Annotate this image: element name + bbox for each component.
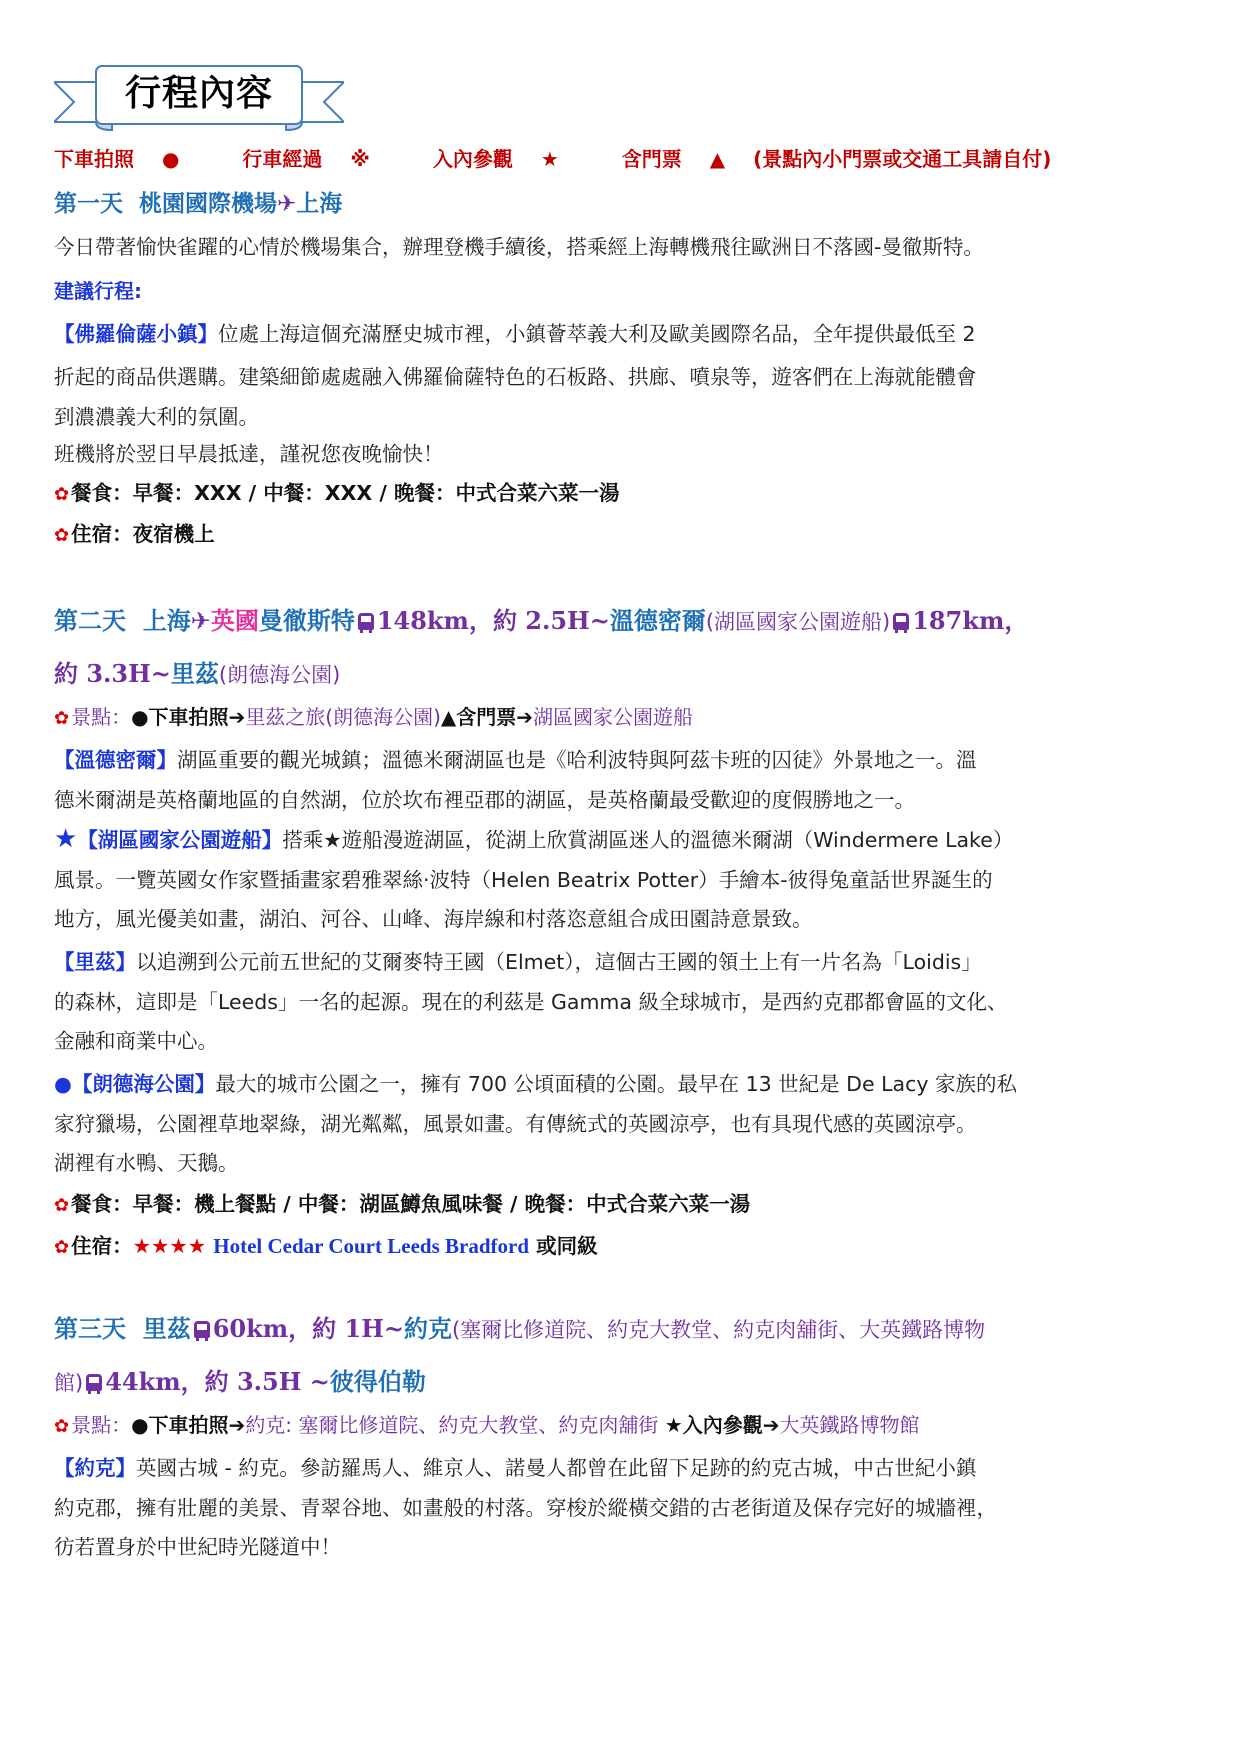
itinerary-page: 行程內容 下車拍照● 行車經過※ 入內參觀★ 含門票▲(景點內小門票或交通工具請… (54, 62, 1194, 1569)
flower-icon: ✿ (54, 525, 69, 546)
bus-icon (86, 1374, 102, 1391)
york-paragraph-line2: 約克郡，擁有壯麗的美景、青翠谷地、如畫般的村落。穿梭於縱橫交錯的古老街道及保存完… (54, 1490, 1194, 1526)
flower-icon: ✿ (54, 1237, 69, 1258)
day1-intro: 今日帶著愉快雀躍的心情於機場集合，辦理登機手續後，搭乘經上海轉機飛往歐洲日不落國… (54, 226, 1194, 269)
roundhay-park-paragraph-line2: 家狩獵場，公園裡草地翠綠，湖光粼粼，風景如畫。有傳統式的英國涼亭，也有具現代感的… (54, 1106, 1194, 1142)
hotel-name: Hotel Cedar Court Leeds Bradford (213, 1234, 529, 1258)
day1-arrival: 班機將於翌日早晨抵達，謹祝您夜晚愉快！ (54, 435, 1194, 473)
page-title: 行程內容 (112, 72, 286, 116)
york-paragraph-line3: 彷若置身於中世紀時光隧道中！ (54, 1526, 1194, 1569)
york-paragraph: 【約克】英國古城 - 約克。參訪羅馬人、維京人、諾曼人都曾在此留下足跡的約克古城… (54, 1447, 1194, 1490)
star-icon: ★ (54, 824, 77, 854)
florence-paragraph-line2: 折起的商品供選購。建築細節處處融入佛羅倫薩特色的石板路、拱廊、噴泉等，遊客們在上… (54, 356, 1194, 399)
day3-title: 第三天 里茲60km，約 1H~約克(塞爾比修道院、約克大教堂、約克肉舖街、大英… (54, 1307, 1194, 1352)
day2-title: 第二天 上海✈英國曼徹斯特148km，約 2.5H~溫德密爾(湖區國家公園遊船)… (54, 599, 1194, 644)
hotel-rating-stars: ★★★★ (133, 1234, 207, 1258)
leeds-paragraph: 【里茲】以追溯到公元前五世紀的艾爾麥特王國（Elmet），這個古王國的領土上有一… (54, 941, 1194, 984)
lake-cruise-paragraph-line2: 風景。一覽英國女作家暨插畫家碧雅翠絲·波特（Helen Beatrix Pott… (54, 862, 1194, 898)
florence-paragraph: 【佛羅倫薩小鎮】位處上海這個充滿歷史城市裡，小鎮薈萃義大利及歐美國際名品，全年提… (54, 313, 1194, 356)
bus-icon (358, 613, 374, 630)
day3-title-line2: 館)44km，約 3.5H ~彼得伯勒 (54, 1360, 1194, 1405)
flower-icon: ✿ (54, 484, 69, 505)
roundhay-park-paragraph: ●【朗德海公園】最大的城市公園之一，擁有 700 公頃面積的公園。最早在 13 … (54, 1063, 1194, 1106)
day1-meals: ✿餐食：早餐：XXX / 中餐：XXX / 晚餐：中式合菜六菜一湯 (54, 473, 1194, 515)
day1-title: 第一天 桃園國際機場✈上海 (54, 182, 1194, 226)
day3-spots: ✿景點：●下車拍照➔約克: 塞爾比修道院、約克大教堂、約克肉舖街 ★入內參觀➔大… (54, 1405, 1194, 1447)
day2-spots: ✿景點：●下車拍照➔里茲之旅(朗德海公園)▲含門票➔湖區國家公園遊船 (54, 697, 1194, 739)
flower-icon: ✿ (54, 708, 69, 729)
flower-icon: ✿ (54, 1416, 69, 1437)
windermere-paragraph-line2: 德米爾湖是英格蘭地區的自然湖，位於坎布裡亞郡的湖區，是英格蘭最受歡迎的度假勝地之… (54, 782, 1194, 818)
suggested-itinerary-label: 建議行程: (54, 269, 1194, 313)
bus-icon (194, 1321, 210, 1338)
day2-meals: ✿餐食：早餐：機上餐點 / 中餐：湖區鱒魚風味餐 / 晚餐：中式合菜六菜一湯 (54, 1185, 1194, 1225)
lake-cruise-paragraph-line3: 地方，風光優美如畫，湖泊、河谷、山峰、海岸線和村落恣意組合成田園詩意景致。 (54, 898, 1194, 941)
lake-cruise-paragraph: ★【湖區國家公園遊船】搭乘★遊船漫遊湖區，從湖上欣賞湖區迷人的溫德米爾湖（Win… (54, 818, 1194, 862)
leeds-paragraph-line2: 的森林，這即是「Leeds」一名的起源。現在的利茲是 Gamma 級全球城市，是… (54, 984, 1194, 1020)
symbol-legend: 下車拍照● 行車經過※ 入內參觀★ 含門票▲(景點內小門票或交通工具請自付) (54, 144, 1194, 174)
flower-icon: ✿ (54, 1195, 69, 1216)
dot-icon: ● (54, 1072, 72, 1096)
legend-ticket: 含門票▲(景點內小門票或交通工具請自付) (622, 147, 1080, 171)
legend-visit: 入內參觀★ (433, 147, 587, 171)
day1-hotel: ✿住宿：夜宿機上 (54, 515, 1194, 555)
title-banner: 行程內容 (54, 62, 344, 134)
legend-drive-by: 行車經過※ (242, 147, 397, 171)
day2-title-line2: 約 3.3H~里茲(朗德海公園) (54, 652, 1194, 697)
leeds-paragraph-line3: 金融和商業中心。 (54, 1020, 1194, 1063)
legend-photo: 下車拍照● (54, 147, 207, 171)
day1-section: 第一天 桃園國際機場✈上海 今日帶著愉快雀躍的心情於機場集合，辦理登機手續後，搭… (54, 182, 1194, 555)
roundhay-park-paragraph-line3: 湖裡有水鴨、天鵝。 (54, 1142, 1194, 1185)
windermere-paragraph: 【溫德密爾】湖區重要的觀光城鎮；溫德米爾湖區也是《哈利波特與阿茲卡班的囚徒》外景… (54, 739, 1194, 782)
day2-section: 第二天 上海✈英國曼徹斯特148km，約 2.5H~溫德密爾(湖區國家公園遊船)… (54, 599, 1194, 1269)
airplane-icon: ✈ (277, 191, 296, 217)
day2-hotel: ✿住宿：★★★★ Hotel Cedar Court Leeds Bradfor… (54, 1225, 1194, 1269)
bus-icon (893, 613, 909, 630)
florence-paragraph-line3: 到濃濃義大利的氛圍。 (54, 399, 1194, 435)
airplane-icon: ✈ (191, 607, 211, 635)
day3-section: 第三天 里茲60km，約 1H~約克(塞爾比修道院、約克大教堂、約克肉舖街、大英… (54, 1307, 1194, 1569)
